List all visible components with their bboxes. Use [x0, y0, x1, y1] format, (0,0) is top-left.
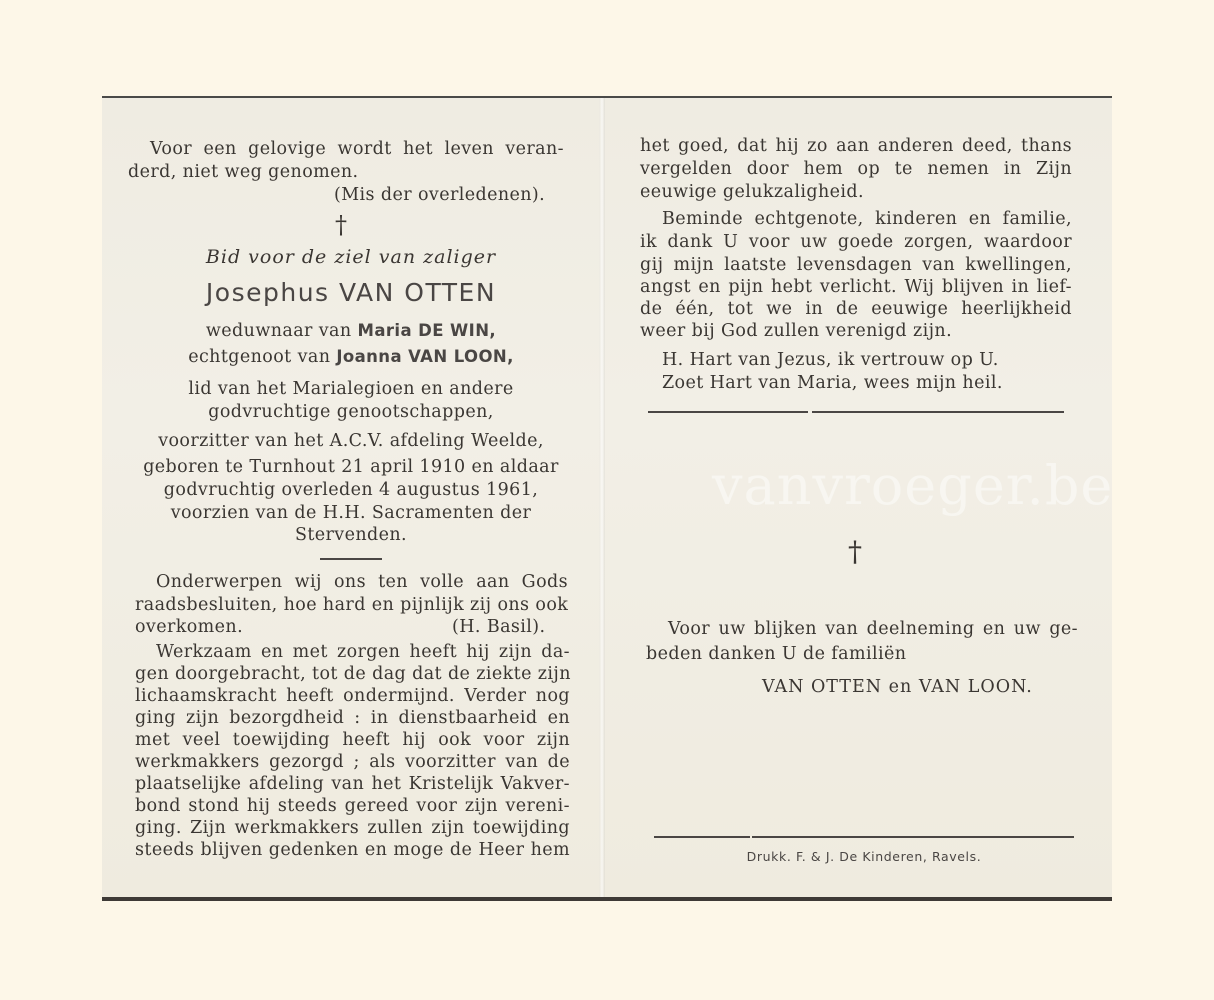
- farewell-line: gij mijn laatste levensdagen van kwellin…: [640, 254, 1072, 277]
- quote-last-line: overkomen.: [135, 616, 243, 639]
- epigraph-line-1: Voor een gelovige wordt het leven veran-: [150, 138, 564, 161]
- tribute-line: bond stond hij steeds gereed voor zijn v…: [135, 795, 570, 818]
- footer-rule-part-2: [752, 836, 1074, 838]
- family-names: VAN OTTEN en VAN LOON.: [762, 676, 1033, 699]
- tribute-line: plaatselijke afdeling van het Kristelijk…: [135, 773, 570, 796]
- relation-prefix: echtgenoot van: [188, 347, 336, 367]
- thanks-line: beden danken U de familiën: [646, 643, 906, 666]
- epigraph-source: (Mis der overledenen).: [334, 184, 545, 207]
- farewell-line: ik dank U voor uw goede zorgen, waardoor: [640, 231, 1072, 254]
- footer-rule-part-1: [654, 836, 750, 838]
- right-panel: vanvroeger.be het goed, dat hij zo aan a…: [602, 98, 1112, 897]
- divider-long-part-2: [812, 411, 1064, 413]
- deceased-name: Josephus VAN OTTEN: [102, 282, 600, 305]
- farewell-line: de één, tot we in de eeuwige heerlijkhei…: [640, 298, 1072, 321]
- invocation-line: H. Hart van Jezus, ik vertrouw op U.: [662, 349, 999, 372]
- tribute-line: met veel toewijding heeft hij ook voor z…: [135, 729, 570, 752]
- printer-credit: Drukk. F. & J. De Kinderen, Ravels.: [654, 846, 1074, 869]
- spouse-name: Maria DE WIN,: [358, 321, 497, 340]
- thanks-line: Voor uw blijken van deelneming en uw ge-: [668, 618, 1078, 641]
- relation-prefix: weduwnaar van: [206, 321, 358, 341]
- divider-long-part-1: [648, 411, 808, 413]
- spouse-name: Joanna VAN LOON,: [336, 347, 513, 366]
- watermark: vanvroeger.be: [712, 454, 1113, 517]
- relation-widower: weduwnaar van Maria DE WIN,: [102, 320, 600, 343]
- bio-line: godvruchtige genootschappen,: [102, 401, 600, 424]
- cross-icon: †: [848, 540, 862, 564]
- quote-line-1: Onderwerpen wij ons ten volle aan Gods: [156, 571, 568, 594]
- bio-line: geboren te Turnhout 21 april 1910 en ald…: [102, 456, 600, 479]
- tribute-line: werkmakkers gezorgd ; als voorzitter van…: [135, 751, 570, 774]
- left-panel: Voor een gelovige wordt het leven veran-…: [102, 98, 600, 897]
- farewell-line: angst en pijn hebt verlicht. Wij blijven…: [640, 276, 1072, 299]
- cross-icon: †: [335, 213, 347, 237]
- bio-line: godvruchtig overleden 4 augustus 1961,: [102, 479, 600, 502]
- divider-short: [320, 558, 382, 560]
- quote-source: (H. Basil).: [452, 616, 545, 639]
- tribute-line: ging. Zijn werkmakkers zullen zijn toewi…: [135, 817, 570, 840]
- quote-line-2: raadsbesluiten, hoe hard en pijnlijk zij…: [135, 594, 568, 617]
- bio-line: voorzitter van het A.C.V. afdeling Weeld…: [102, 430, 600, 453]
- tribute-line: lichaamskracht heeft ondermijnd. Verder …: [135, 685, 570, 708]
- tribute-line: gen doorgebracht, tot de dag dat de ziek…: [135, 663, 570, 686]
- tribute-line: steeds blijven gedenken en moge de Heer …: [135, 839, 570, 862]
- tribute-line: Werkzaam en met zorgen heeft hij zijn da…: [156, 641, 570, 664]
- bio-line: lid van het Marialegioen en andere: [102, 378, 600, 401]
- relation-husband: echtgenoot van Joanna VAN LOON,: [102, 346, 600, 369]
- prayer-heading: Bid voor de ziel van zaliger: [102, 246, 600, 269]
- continuation-line: vergelden door hem op te nemen in Zijn: [640, 158, 1072, 181]
- continuation-line: eeuwige gelukzaligheid.: [640, 181, 864, 204]
- continuation-line: het goed, dat hij zo aan anderen deed, t…: [640, 135, 1072, 158]
- farewell-line: weer bij God zullen verenigd zijn.: [640, 320, 952, 343]
- bio-line: voorzien van de H.H. Sacramenten der: [102, 502, 600, 525]
- memorial-card: Voor een gelovige wordt het leven veran-…: [102, 96, 1112, 901]
- epigraph-line-2: derd, niet weg genomen.: [128, 161, 359, 184]
- tribute-line: ging zijn bezorgdheid : in dienstbaarhei…: [135, 707, 570, 730]
- invocation-line: Zoet Hart van Maria, wees mijn heil.: [662, 372, 1003, 395]
- farewell-line: Beminde echtgenote, kinderen en familie,: [662, 208, 1072, 231]
- bio-line: Stervenden.: [102, 524, 600, 547]
